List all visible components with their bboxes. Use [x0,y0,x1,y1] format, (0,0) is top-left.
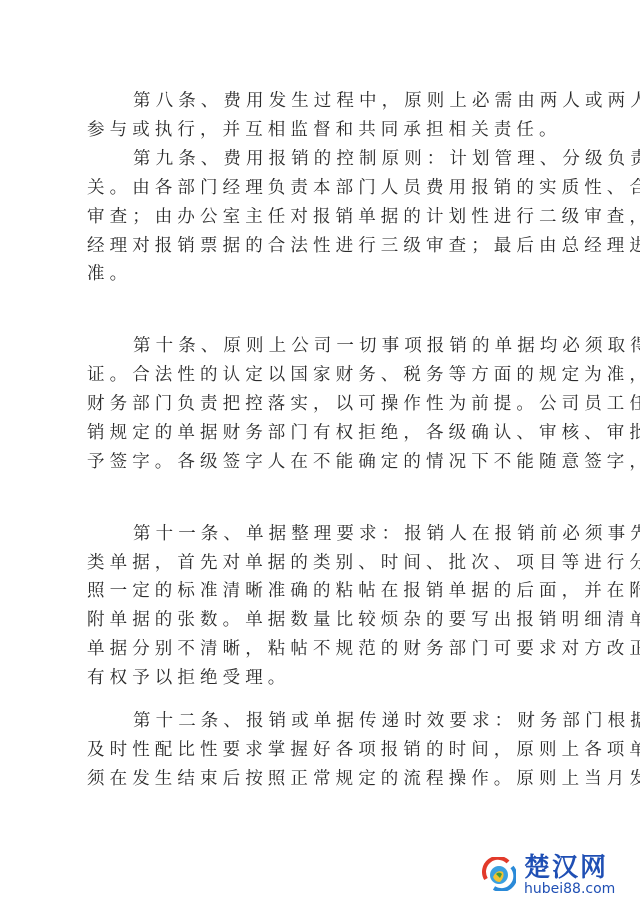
document-page: 第八条、费用发生过程中，原则上必需由两人或两人以上同时参与或执行，并互相监督和共… [0,0,640,905]
text-line: 第十二条、报销或单据传递时效要求：财务部门根据财务作帐的 [133,708,547,734]
text-line: 第十一条、单据整理要求：报销人在报销前必须事先整理好各 [133,521,547,547]
text-line: 第十条、原则上公司一切事项报销的单据均必须取得合法的凭 [133,333,547,359]
globe-logo-icon [482,857,516,891]
text-line: 及时性配比性要求掌握好各项报销的时间，原则上各项单据或费用必 [87,737,547,763]
text-line: 参与或执行，并互相监督和共同承担相关责任。 [87,117,547,143]
text-line: 关。由各部门经理负责本部门人员费用报销的实质性、合理性的一级 [87,175,547,201]
watermark-logo: 楚汉网 hubei88.com [482,855,632,899]
text-line: 准。 [87,261,547,287]
text-line: 第九条、费用报销的控制原则：计划管理、分级负责、层层把 [133,146,547,172]
text-line: 附单据的张数。单据数量比较烦杂的要写出报销明细清单附在后面。 [87,607,547,633]
text-line: 单据分别不清晰，粘帖不规范的财务部门可要求对方改正，不改正的 [87,636,547,662]
text-line: 销规定的单据财务部门有权拒绝，各级确认、审核、审批人员也不应 [87,420,547,446]
watermark-site-name: 楚汉网 [524,855,608,881]
text-line: 证。合法性的认定以国家财务、税务等方面的规定为准，具体操作由 [87,362,547,388]
text-line: 照一定的标准清晰准确的粘帖在报销单据的后面，并在附件中写明所 [87,578,547,604]
text-line: 财务部门负责把控落实，以可操作性为前提。公司员工任何不符合报 [87,391,547,417]
text-line: 第八条、费用发生过程中，原则上必需由两人或两人以上同时 [133,88,547,114]
watermark-url: hubei88.com [524,881,615,897]
text-line: 经理对报销票据的合法性进行三级审查；最后由总经理进行审核批 [87,233,547,259]
text-line: 须在发生结束后按照正常规定的流程操作。原则上当月发生当月取得 [87,766,547,792]
text-line: 予签字。各级签字人在不能确定的情况下不能随意签字， [87,449,547,475]
text-line: 有权予以拒绝受理。 [87,665,547,691]
text-line: 审查；由办公室主任对报销单据的计划性进行二级审查，由财务部门 [87,204,547,230]
text-line: 类单据，首先对单据的类别、时间、批次、项目等进行分类，然后按 [87,550,547,576]
